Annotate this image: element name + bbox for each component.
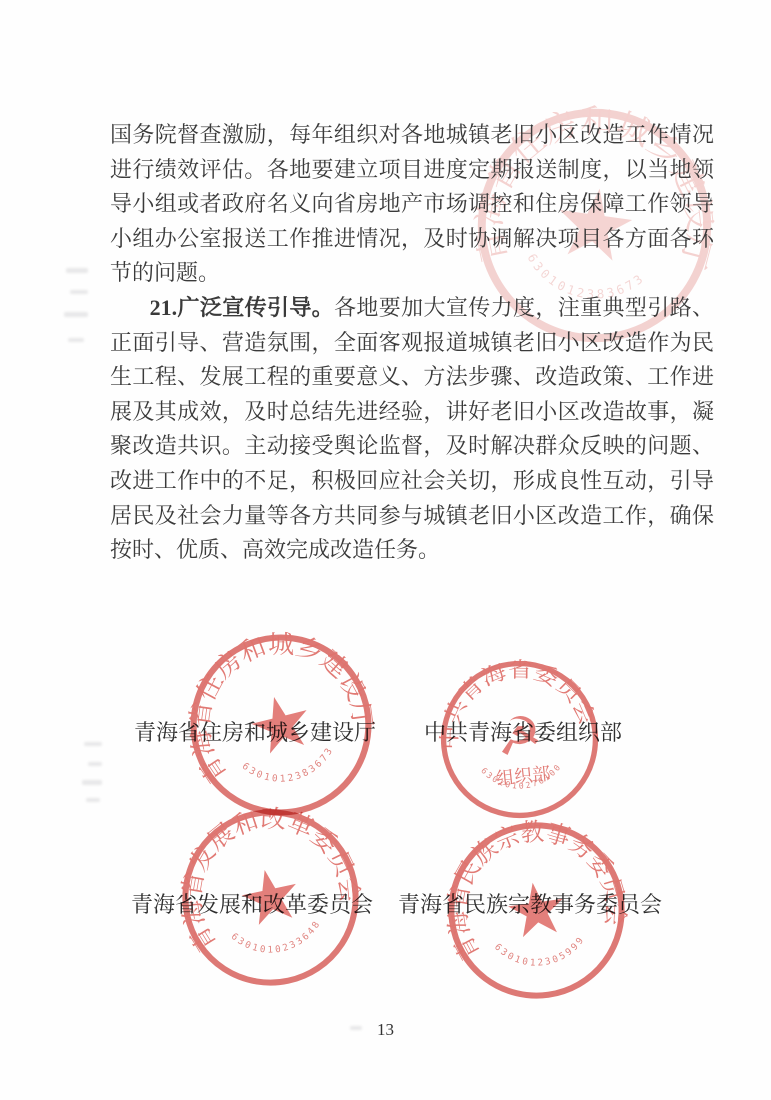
margin-smudge [86, 798, 100, 802]
document-body: 国务院督查激励，每年组织对各地城镇老旧小区改造工作情况进行绩效评估。各地要建立项… [110, 118, 714, 568]
margin-smudge [64, 312, 88, 317]
seal-graphic: 青海省民族宗教事务委员会 ★ 6301012305999 [432, 806, 641, 1015]
item-21-text: 各地要加大宣传力度，注重典型引路、正面引导、营造氛围，全面客观报道城镇老旧小区改… [110, 295, 714, 562]
official-seal-development-reform-commission: 青海省发展和改革委员会 ★ 6301010233648 [161, 788, 380, 1007]
star-icon: ★ [230, 850, 311, 946]
star-icon: ★ [499, 864, 575, 956]
seal-graphic: 青海省发展和改革委员会 ★ 6301010233648 [161, 788, 380, 1007]
official-seal-organization-dept: 中共青海省委员会 ☭ 组织部 6301010276100 [429, 649, 610, 830]
margin-smudge [70, 290, 88, 294]
margin-smudge [82, 780, 102, 785]
margin-smudge [84, 742, 102, 746]
margin-smudge [68, 338, 84, 342]
document-page: 青海省住房和城乡建设厅 ★ 6301012383673 国务院督查激励，每年组织… [0, 0, 771, 1100]
item-21-heading: 21.广泛宣传引导。 [150, 295, 334, 320]
star-icon: ★ [238, 675, 323, 775]
seal-graphic: 中共青海省委员会 ☭ 组织部 6301010276100 [429, 649, 610, 830]
paragraph-item-21: 21.广泛宣传引导。各地要加大宣传力度，注重典型引路、正面引导、营造氛围，全面客… [110, 291, 714, 568]
margin-smudge [88, 762, 102, 766]
hammer-sickle-icon: ☭ [493, 705, 545, 768]
page-number: 13 [0, 1020, 771, 1040]
margin-smudge [66, 268, 88, 273]
official-seal-ethnic-religious-affairs-committee: 青海省民族宗教事务委员会 ★ 6301012305999 [432, 806, 641, 1015]
paragraph-continuation: 国务院督查激励，每年组织对各地城镇老旧小区改造工作情况进行绩效评估。各地要建立项… [110, 118, 714, 291]
